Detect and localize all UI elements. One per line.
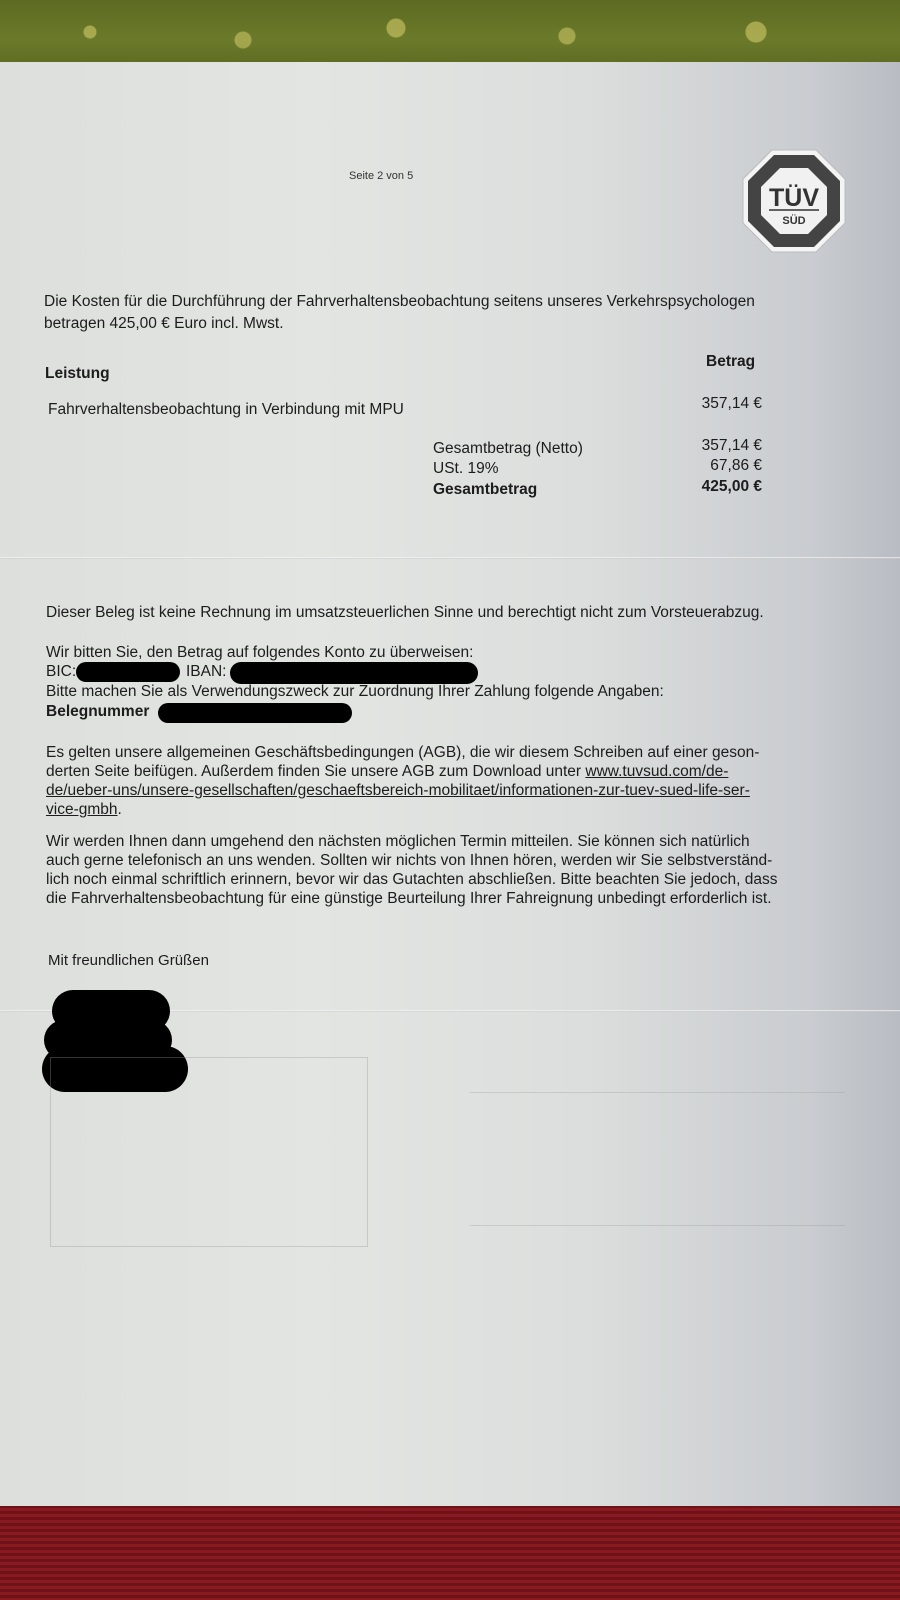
agb-link-end[interactable]: vice-gmbh xyxy=(46,801,118,818)
svg-text:SÜD: SÜD xyxy=(782,214,805,227)
table-row-service: Fahrverhaltensbeobachtung in Verbindung … xyxy=(48,400,404,419)
tuev-sued-logo-icon: TÜV SÜD xyxy=(741,148,847,254)
redacted-iban xyxy=(230,662,478,684)
salutation: Mit freundlichen Grüßen xyxy=(48,951,209,970)
letter-page: Seite 2 von 5 TÜV SÜD Die Kosten für die… xyxy=(0,62,900,1506)
agb-link[interactable]: www.tuvsud.com/de- xyxy=(585,763,728,780)
agb-line-4: vice-gmbh. xyxy=(46,800,122,819)
agb-line-1: Es gelten unsere allgemeinen Geschäftsbe… xyxy=(46,743,759,762)
vat-amount: 67,86 € xyxy=(642,457,762,475)
payment-request: Wir bitten Sie, den Betrag auf folgendes… xyxy=(46,643,473,662)
reference-label: Belegnummer xyxy=(46,702,149,721)
tax-notice: Dieser Beleg ist keine Rechnung im umsat… xyxy=(46,603,764,622)
agb-link-continued[interactable]: de/ueber-uns/unsere-gesellschaften/gesch… xyxy=(46,782,750,799)
stamp-field-box xyxy=(50,1057,368,1247)
background-tablecloth-bottom xyxy=(0,1505,900,1600)
total-net-amount: 357,14 € xyxy=(642,437,762,455)
iban-label: IBAN: xyxy=(186,662,226,681)
closing-line-2: auch gerne telefonisch an uns wenden. So… xyxy=(46,851,772,870)
table-header-amount: Betrag xyxy=(706,352,755,371)
signature-line xyxy=(470,1092,845,1093)
closing-line-4: die Fahrverhaltensbeobachtung für eine g… xyxy=(46,889,772,908)
table-row-amount: 357,14 € xyxy=(642,395,762,413)
redacted-bic xyxy=(76,662,180,682)
bic-label: BIC: xyxy=(46,662,76,681)
total-net-label: Gesamtbetrag (Netto) xyxy=(433,439,583,458)
closing-line-1: Wir werden Ihnen dann umgehend den nächs… xyxy=(46,832,750,851)
vat-label: USt. 19% xyxy=(433,459,498,478)
redacted-reference-number xyxy=(158,703,352,723)
agb-line-3: de/ueber-uns/unsere-gesellschaften/gesch… xyxy=(46,781,750,800)
intro-line-1: Die Kosten für die Durchführung der Fahr… xyxy=(44,292,755,311)
name-line xyxy=(470,1225,845,1226)
intro-line-2: betragen 425,00 € Euro incl. Mwst. xyxy=(44,314,284,333)
table-header-service: Leistung xyxy=(45,364,110,383)
agb-line-2: derten Seite beifügen. Außerdem finden S… xyxy=(46,762,728,781)
agb-line-2-text: derten Seite beifügen. Außerdem finden S… xyxy=(46,763,585,780)
svg-text:TÜV: TÜV xyxy=(769,183,819,212)
closing-line-3: lich noch einmal schriftlich erinnern, b… xyxy=(46,870,777,889)
total-gross-amount: 425,00 € xyxy=(642,478,762,496)
total-gross-label: Gesamtbetrag xyxy=(433,480,537,499)
reference-instruction: Bitte machen Sie als Verwendungszweck zu… xyxy=(46,682,664,701)
paper-fold xyxy=(0,557,900,559)
page-indicator: Seite 2 von 5 xyxy=(349,170,413,182)
